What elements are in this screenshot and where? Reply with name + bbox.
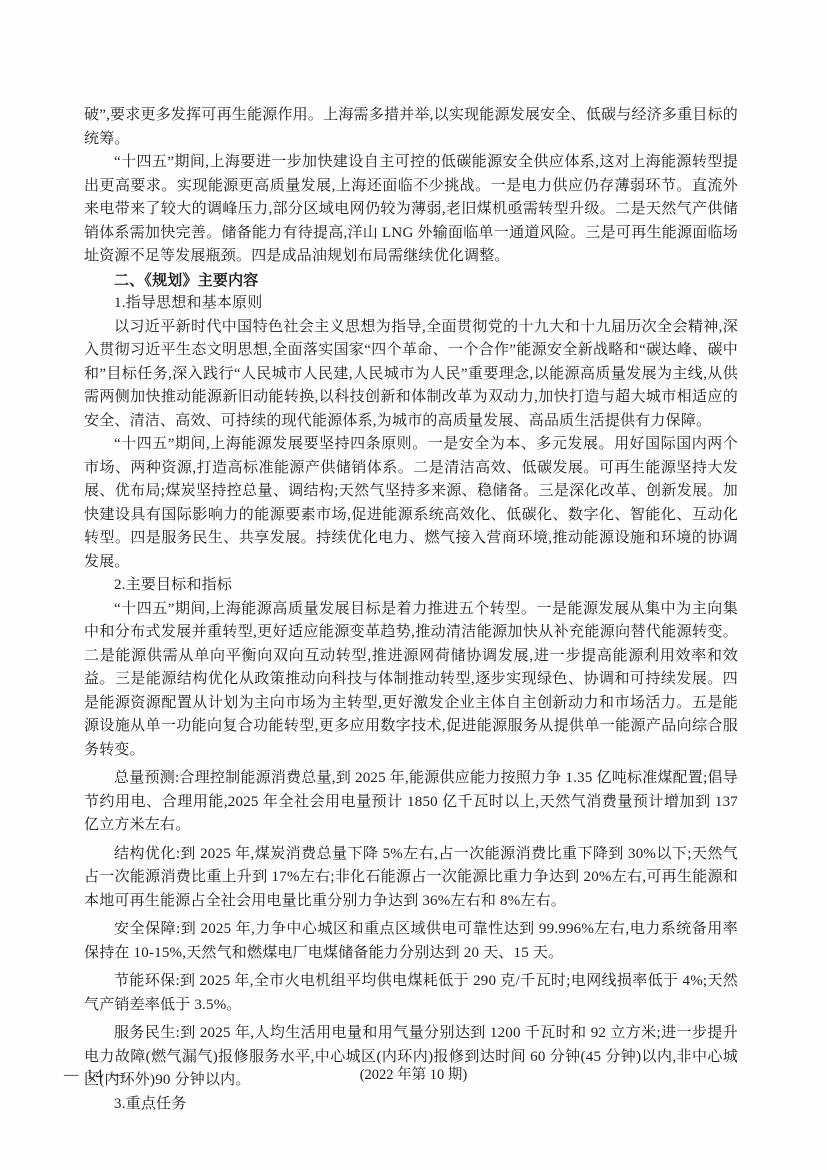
body-paragraph: 结构优化:到 2025 年,煤炭消费总量下降 5%左右,占一次能源消费比重下降到… bbox=[84, 843, 738, 914]
body-paragraph: “十四五”期间,上海要进一步加快建设自主可控的低碳能源安全供应体系,这对上海能源… bbox=[84, 151, 738, 269]
issue-label: (2022 年第 10 期) bbox=[360, 1063, 468, 1087]
page-number: — 14 — bbox=[64, 1063, 127, 1087]
subsection-heading: 1.指导思想和基本原则 bbox=[84, 292, 738, 316]
section-heading: 二、《规划》主要内容 bbox=[84, 269, 738, 293]
body-paragraph: “十四五”期间,上海能源高质量发展目标是着力推进五个转型。一是能源发展从集中为主… bbox=[84, 598, 738, 763]
subsection-heading: 3.重点任务 bbox=[84, 1093, 738, 1117]
document-body: 破”,要求更多发挥可再生能源作用。上海需多措并举,以实现能源发展安全、低碳与经济… bbox=[84, 104, 738, 1116]
document-page: 破”,要求更多发挥可再生能源作用。上海需多措并举,以实现能源发展安全、低碳与经济… bbox=[0, 0, 827, 1170]
body-paragraph: 安全保障:到 2025 年,力争中心城区和重点区域供电可靠性达到 99.996%… bbox=[84, 918, 738, 965]
body-paragraph: “十四五”期间,上海能源发展要坚持四条原则。一是安全为本、多元发展。用好国际国内… bbox=[84, 433, 738, 574]
subsection-heading: 2.主要目标和指标 bbox=[84, 574, 738, 598]
body-paragraph: 总量预测:合理控制能源消费总量,到 2025 年,能源供应能力按照力争 1.35… bbox=[84, 767, 738, 838]
body-paragraph: 破”,要求更多发挥可再生能源作用。上海需多措并举,以实现能源发展安全、低碳与经济… bbox=[84, 104, 738, 151]
page-footer: — 14 — (2022 年第 10 期) bbox=[0, 1063, 827, 1087]
body-paragraph: 节能环保:到 2025 年,全市火电机组平均供电煤耗低于 290 克/千瓦时;电… bbox=[84, 970, 738, 1017]
body-paragraph: 以习近平新时代中国特色社会主义思想为指导,全面贯彻党的十九大和十九届历次全会精神… bbox=[84, 316, 738, 434]
